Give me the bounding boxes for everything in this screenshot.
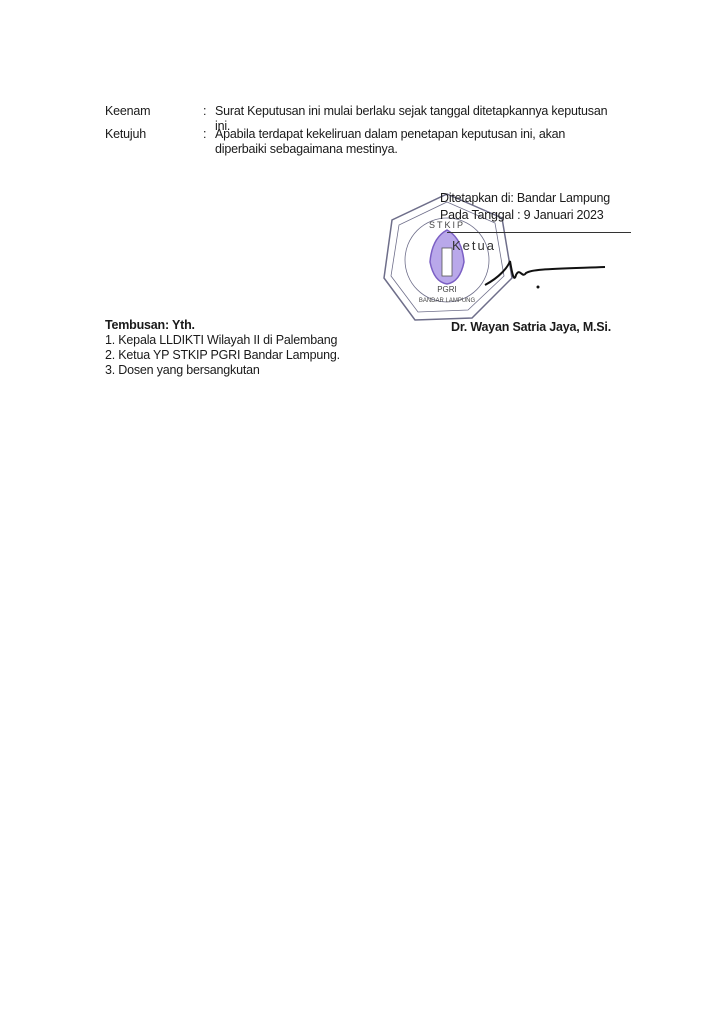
clause-label: Ketujuh xyxy=(105,127,205,142)
copy-recipients: Tembusan: Yth. 1. Kepala LLDIKTI Wilayah… xyxy=(105,318,340,378)
signer-name: Dr. Wayan Satria Jaya, M.Si. xyxy=(451,320,611,334)
cc-item: 3. Dosen yang bersangkutan xyxy=(105,363,340,378)
clause-text: Apabila terdapat kekeliruan dalam peneta… xyxy=(215,127,615,157)
position-title: Ketua xyxy=(452,238,496,253)
clause-label: Keenam xyxy=(105,104,205,119)
date-line: Pada Tanggal : 9 Januari 2023 xyxy=(440,207,640,224)
cc-title: Tembusan: Yth. xyxy=(105,318,340,333)
svg-text:PGRI: PGRI xyxy=(437,285,457,294)
clause-colon: : xyxy=(203,127,206,142)
place-line: Ditetapkan di: Bandar Lampung xyxy=(440,190,640,207)
cc-item: 1. Kepala LLDIKTI Wilayah II di Palemban… xyxy=(105,333,340,348)
handwritten-signature-icon xyxy=(480,255,610,295)
svg-text:BANDAR LAMPUNG: BANDAR LAMPUNG xyxy=(419,298,476,304)
cc-item: 2. Ketua YP STKIP PGRI Bandar Lampung. xyxy=(105,348,340,363)
signature-block: Ditetapkan di: Bandar Lampung Pada Tangg… xyxy=(440,190,640,224)
clause-colon: : xyxy=(203,104,206,119)
divider xyxy=(447,232,631,233)
document-page: Keenam : Surat Keputusan ini mulai berla… xyxy=(0,0,712,1024)
